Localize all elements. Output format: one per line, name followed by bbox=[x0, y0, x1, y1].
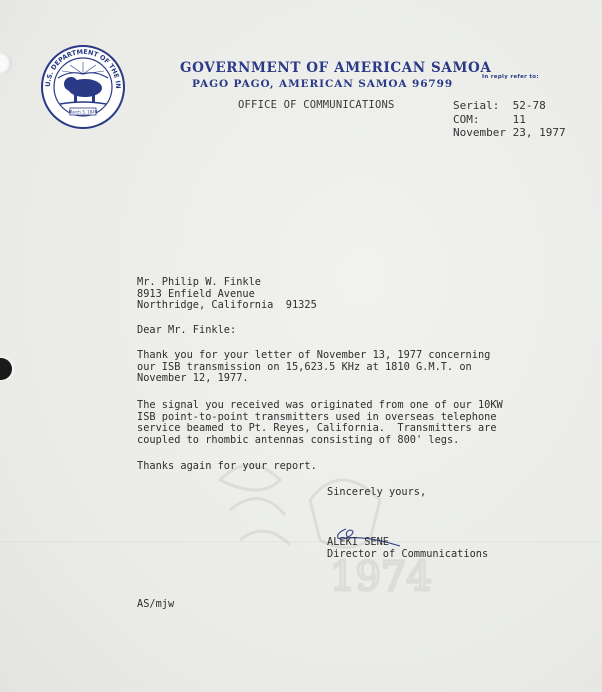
reference-block: Serial: 52-78 COM: 11 November 23, 1977 bbox=[453, 99, 566, 140]
body-paragraph-1: Thank you for your letter of November 13… bbox=[137, 350, 490, 385]
serial-value: 52-78 bbox=[513, 99, 546, 112]
com-row: COM: 11 bbox=[453, 113, 566, 127]
letterhead-subtitle: PAGO PAGO, AMERICAN SAMOA 96799 bbox=[192, 78, 453, 90]
body-paragraph-2: The signal you received was originated f… bbox=[137, 400, 503, 446]
recipient-name: Mr. Philip W. Finkle bbox=[137, 277, 317, 289]
letterhead-title: GOVERNMENT OF AMERICAN SAMOA bbox=[180, 60, 480, 76]
body-line: November 12, 1977. bbox=[137, 373, 490, 385]
salutation: Dear Mr. Finkle: bbox=[137, 325, 236, 337]
closing: Sincerely yours, bbox=[327, 487, 426, 499]
reference-initials: AS/mjw bbox=[137, 599, 174, 611]
punch-hole-icon bbox=[0, 52, 12, 74]
letter-date: November 23, 1977 bbox=[453, 126, 566, 140]
svg-text:1974: 1974 bbox=[330, 554, 432, 600]
com-label: COM: bbox=[453, 113, 480, 126]
svg-text:March 3, 1849: March 3, 1849 bbox=[69, 110, 98, 115]
department-of-interior-seal-icon: U.S. DEPARTMENT OF THE INTERIOR March 3,… bbox=[40, 44, 126, 130]
punch-hole-icon bbox=[0, 358, 12, 380]
body-line: The signal you received was originated f… bbox=[137, 400, 503, 412]
recipient-address: Mr. Philip W. Finkle8913 Enfield AvenueN… bbox=[137, 277, 317, 312]
body-paragraph-3: Thanks again for your report. bbox=[137, 461, 317, 473]
reply-label: In reply refer to: bbox=[482, 74, 539, 80]
letter-page: 1974 U.S. DEPARTMENT OF THE INTERIOR Mar… bbox=[0, 0, 602, 692]
body-line: Thank you for your letter of November 13… bbox=[137, 350, 490, 362]
signer-name: ALEKI SENE bbox=[327, 537, 389, 549]
signer-title: Director of Communications bbox=[327, 549, 488, 561]
serial-row: Serial: 52-78 bbox=[453, 99, 566, 113]
recipient-city: Northridge, California 91325 bbox=[137, 300, 317, 312]
serial-label: Serial: bbox=[453, 99, 499, 112]
body-line: coupled to rhombic antennas consisting o… bbox=[137, 435, 503, 447]
letterhead-office: OFFICE OF COMMUNICATIONS bbox=[238, 99, 395, 111]
com-value: 11 bbox=[513, 113, 526, 126]
